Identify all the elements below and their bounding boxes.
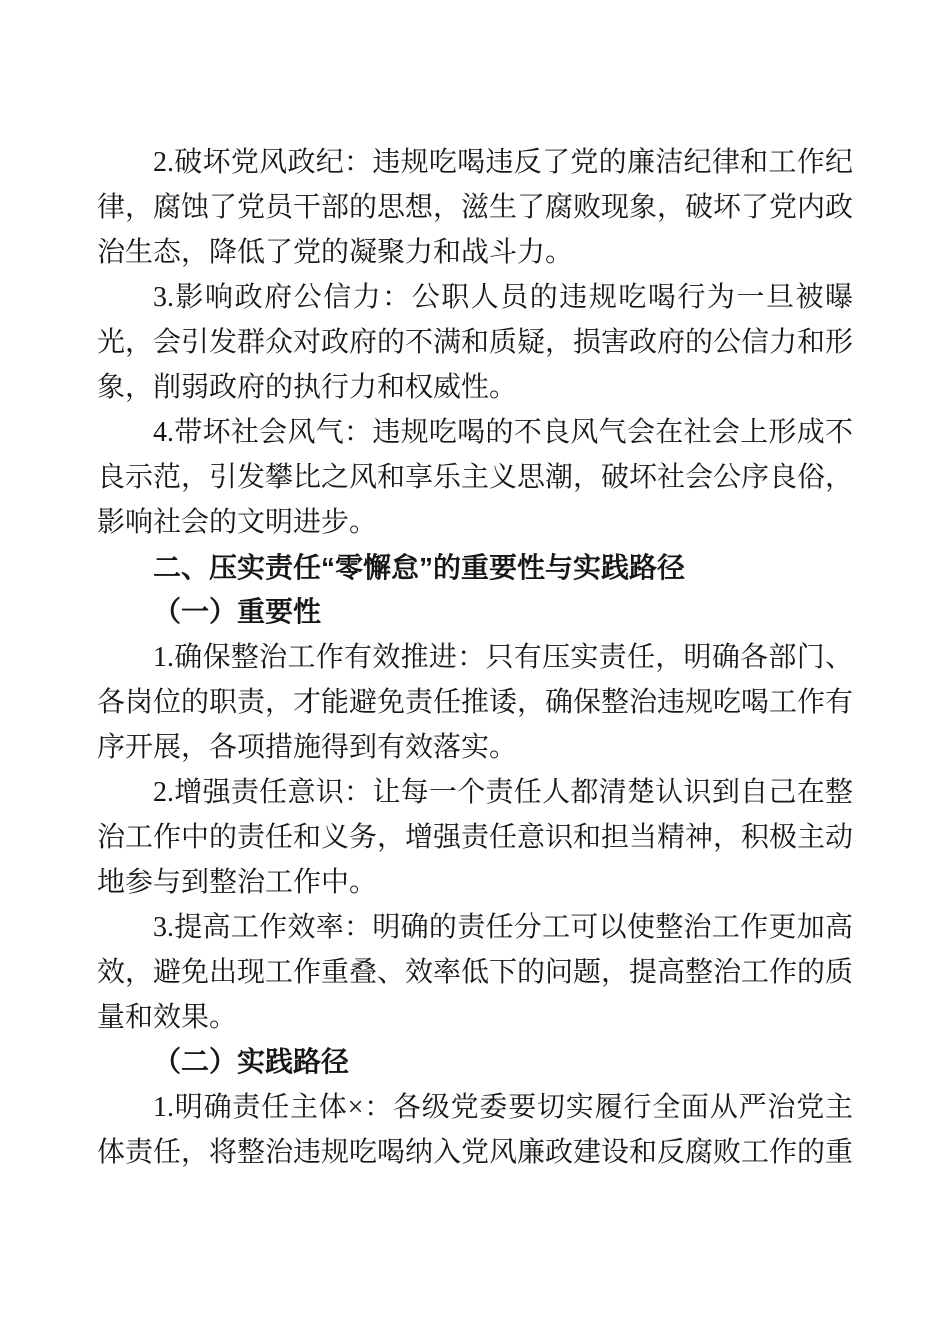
- heading-section-two: 二、压实责任“零懈怠”的重要性与实践路径: [97, 545, 853, 590]
- heading-sub-practice-path: （二）实践路径: [97, 1040, 853, 1085]
- para-practice-responsibility-subject: 1.明确责任主体×：各级党委要切实履行全面从严治党主体责任，将整治违规吃喝纳入党…: [97, 1085, 853, 1175]
- para-harm-gov-credibility: 3.影响政府公信力：公职人员的违规吃喝行为一旦被曝光，会引发群众对政府的不满和质…: [97, 275, 853, 410]
- para-harm-social-morale: 4.带坏社会风气：违规吃喝的不良风气会在社会上形成不良示范，引发攀比之风和享乐主…: [97, 410, 853, 545]
- document-page: 2.破坏党风政纪：违规吃喝违反了党的廉洁纪律和工作纪律，腐蚀了党员干部的思想，滋…: [0, 0, 950, 1344]
- heading-sub-importance: （一）重要性: [97, 590, 853, 635]
- para-importance-effective-advance: 1.确保整治工作有效推进：只有压实责任，明确各部门、各岗位的职责，才能避免责任推…: [97, 635, 853, 770]
- para-harm-party-discipline: 2.破坏党风政纪：违规吃喝违反了党的廉洁纪律和工作纪律，腐蚀了党员干部的思想，滋…: [97, 140, 853, 275]
- para-importance-responsibility-awareness: 2.增强责任意识：让每一个责任人都清楚认识到自己在整治工作中的责任和义务，增强责…: [97, 770, 853, 905]
- para-importance-work-efficiency: 3.提高工作效率：明确的责任分工可以使整治工作更加高效，避免出现工作重叠、效率低…: [97, 905, 853, 1040]
